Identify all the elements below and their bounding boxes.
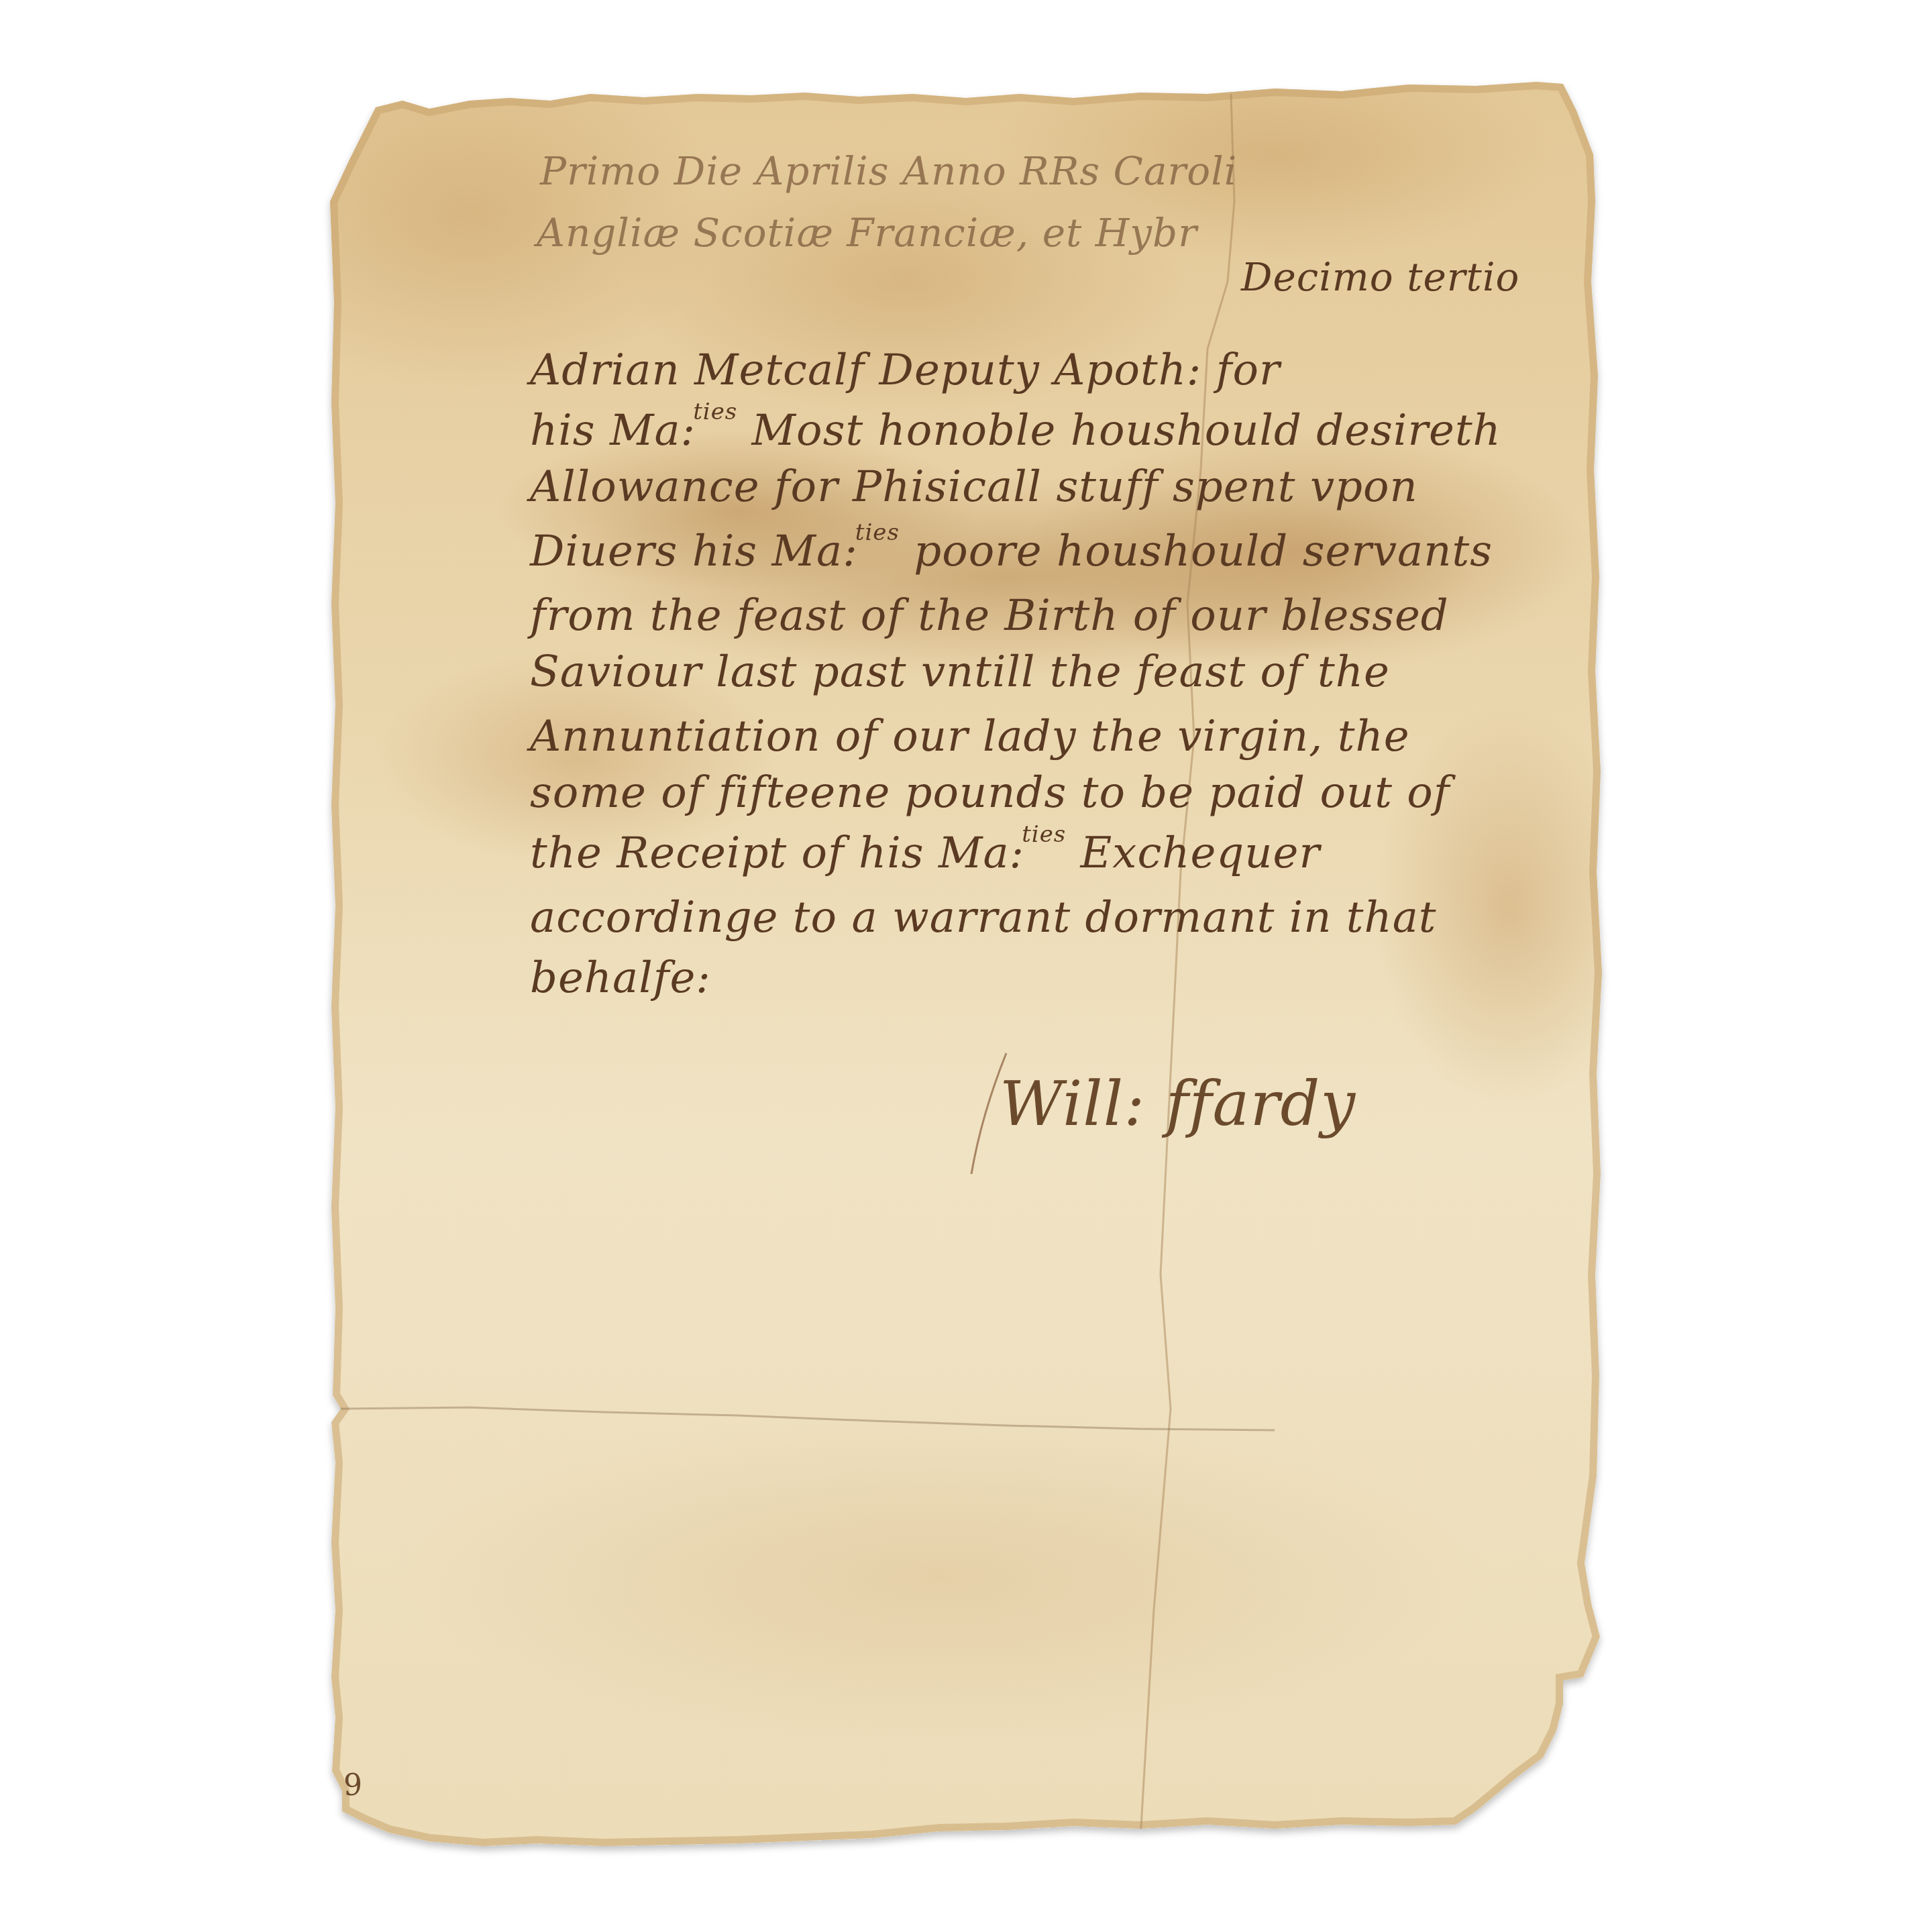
manuscript-photo: Primo Die Aprilis Anno RRs Caroli Angliæ…: [0, 0, 1932, 1932]
body-line: Saviour last past vntill the feast of th…: [530, 651, 1390, 694]
heading-realms-line: Angliæ Scotiæ Franciæ, et Hybr: [537, 213, 1197, 252]
body-line: Diuers his Ma:ties poore houshould serva…: [530, 530, 1493, 573]
folio-mark: 9: [343, 1771, 363, 1801]
body-line: from the feast of the Birth of our bless…: [530, 594, 1449, 637]
superscript-abbrev: ties: [855, 519, 900, 546]
body-text: Diuers his Ma:: [530, 527, 858, 576]
superscript-abbrev: ties: [693, 398, 737, 425]
body-text: Most honoble houshould desireth: [737, 406, 1501, 455]
superscript-abbrev: ties: [1022, 821, 1066, 848]
body-line: his Ma:ties Most honoble houshould desir…: [530, 409, 1501, 452]
heading-date-line: Primo Die Aprilis Anno RRs Caroli: [540, 152, 1237, 191]
signature-flourish-icon: [966, 1046, 1020, 1181]
body-line: Annuntiation of our lady the virgin, the: [530, 715, 1410, 758]
body-line: Adrian Metcalf Deputy Apoth: for: [530, 349, 1281, 392]
body-text: Exchequer: [1066, 828, 1320, 878]
body-text: the Receipt of his Ma:: [530, 828, 1024, 878]
body-line: Allowance for Phisicall stuff spent vpon: [530, 466, 1418, 508]
heading-regnal-year: Decimo tertio: [1241, 258, 1519, 297]
body-text: his Ma:: [530, 406, 696, 455]
body-line: accordinge to a warrant dormant in that: [530, 896, 1437, 939]
signature: Will: ffardy: [1000, 1073, 1356, 1135]
body-line: behalfe:: [530, 957, 711, 1000]
body-line: some of fifteene pounds to be paid out o…: [530, 771, 1450, 814]
paper-sheet: [0, 0, 1932, 1932]
body-line: the Receipt of his Ma:ties Exchequer: [530, 832, 1320, 875]
body-text: poore houshould servants: [900, 527, 1493, 576]
